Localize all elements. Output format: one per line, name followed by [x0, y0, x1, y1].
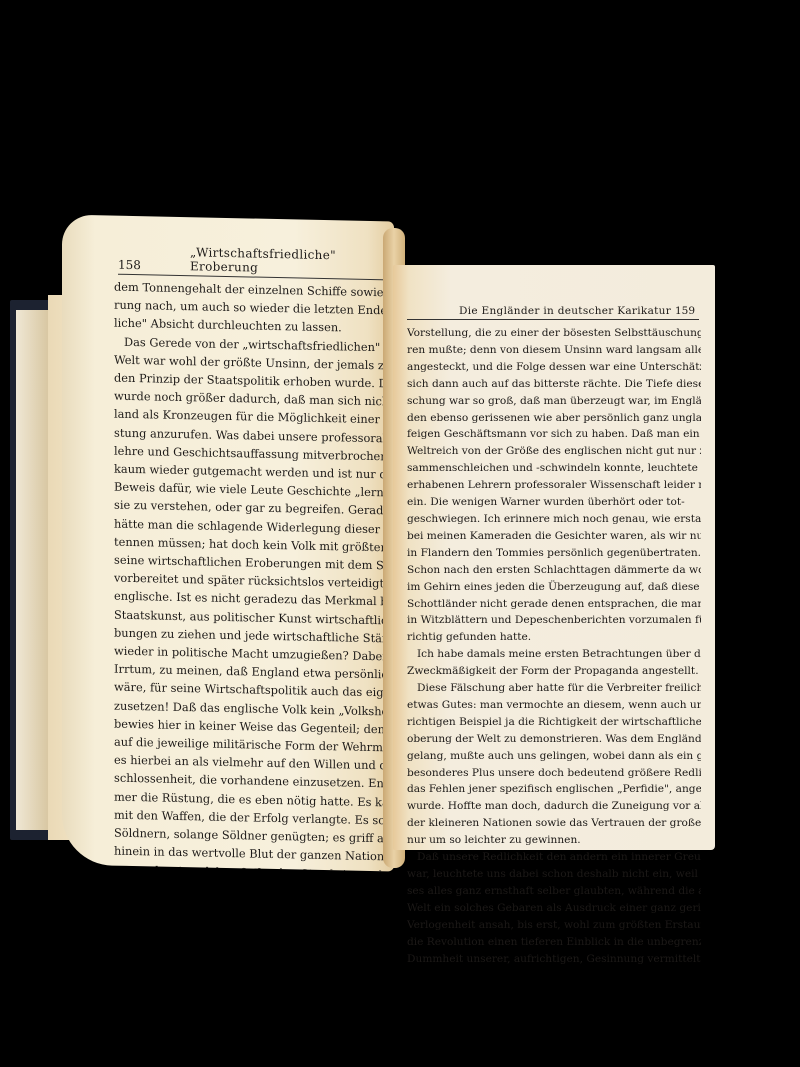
text-line: geschwiegen. Ich erinnere mich noch gena…: [407, 511, 701, 528]
text-line: ses alles ganz ernsthaft selber glaubten…: [407, 883, 701, 900]
text-line: feigen Geschäftsmann vor sich zu haben. …: [407, 426, 701, 443]
text-line: gelang, mußte auch uns gelingen, wobei d…: [407, 748, 701, 765]
text-line: Daß unsere Redlichkeit den andern ein in…: [407, 849, 701, 866]
text-line: bei meinen Kameraden die Gesichter waren…: [407, 528, 701, 545]
text-line: sammenschleichen und -schwindeln konnte,…: [407, 460, 701, 477]
text-line: Ich habe damals meine ersten Betrachtung…: [407, 646, 701, 663]
running-title: Die Engländer in deutscher Karikatur: [459, 305, 671, 317]
text-line: in Flandern den Tommies persönlich gegen…: [407, 545, 701, 562]
text-line: erhabenen Lehrern professoraler Wissensc…: [407, 477, 701, 494]
text-line: richtig gefunden hatte.: [407, 629, 701, 646]
text-line: war, leuchtete uns dabei schon deshalb n…: [407, 866, 701, 883]
text-line: wurde. Hoffte man doch, dadurch die Zune…: [407, 798, 701, 815]
text-line: Vorstellung, die zu einer der bösesten S…: [407, 325, 701, 342]
text-line: der kleineren Nationen sowie das Vertrau…: [407, 815, 701, 832]
left-page-text: dem Tonnengehalt der einzelnen Schiffe s…: [114, 278, 394, 872]
left-page-header: 158 „Wirtschaftsfriedliche" Eroberung: [118, 254, 388, 281]
text-line: angesteckt, und die Folge dessen war ein…: [407, 359, 701, 376]
text-line: Zweckmäßigkeit der Form der Propaganda a…: [407, 663, 701, 680]
page-number: 158: [118, 258, 141, 272]
text-line: den ebenso gerissenen wie aber persönlic…: [407, 410, 701, 427]
text-line: Diese Fälschung aber hatte für die Verbr…: [407, 680, 701, 697]
printer-mark: ·: [439, 780, 442, 789]
text-line: ren mußte; denn von diesem Unsinn ward l…: [407, 342, 701, 359]
text-line: oberung der Welt zu demonstrieren. Was d…: [407, 731, 701, 748]
text-line: sich dann auch auf das bitterste rächte.…: [407, 376, 701, 393]
text-line: im Gehirn eines jeden die Überzeugung au…: [407, 579, 701, 596]
text-line: Schottländer nicht gerade denen entsprac…: [407, 596, 701, 613]
left-page: 158 „Wirtschaftsfriedliche" Eroberung de…: [62, 215, 394, 872]
text-line: Schon nach den ersten Schlachttagen dämm…: [407, 562, 701, 579]
text-line: etwas Gutes: man vermochte an diesem, we…: [407, 697, 701, 714]
text-line: Dummheit unserer, aufrichtigen, Gesinnun…: [407, 951, 701, 968]
text-line: in Witzblättern und Depeschenberichten v…: [407, 612, 701, 629]
text-line: Verlogenheit ansah, bis erst, wohl zum g…: [407, 917, 701, 934]
running-title: „Wirtschaftsfriedliche" Eroberung: [190, 245, 388, 277]
text-line: die Revolution einen tieferen Einblick i…: [407, 934, 701, 951]
open-book: 158 „Wirtschaftsfriedliche" Eroberung de…: [0, 0, 800, 1067]
text-line: richtigen Beispiel ja die Richtigkeit de…: [407, 714, 701, 731]
text-line: Weltreich von der Größe des englischen n…: [407, 443, 701, 460]
text-line: ein. Die wenigen Warner wurden überhört …: [407, 494, 701, 511]
text-line: schung war so groß, daß man überzeugt wa…: [407, 393, 701, 410]
text-line: das Fehlen jener spezifisch englischen „…: [407, 781, 701, 798]
page-number: 159: [675, 305, 695, 317]
text-line: besonderes Plus unsere doch bedeutend gr…: [407, 765, 701, 782]
right-page: Die Engländer in deutscher Karikatur 159…: [393, 265, 715, 850]
text-line: nur um so leichter zu gewinnen.: [407, 832, 701, 849]
right-page-header: Die Engländer in deutscher Karikatur 159: [407, 299, 699, 320]
text-line: Welt ein solches Gebaren als Ausdruck ei…: [407, 900, 701, 917]
right-page-text: Vorstellung, die zu einer der bösesten S…: [407, 325, 701, 967]
